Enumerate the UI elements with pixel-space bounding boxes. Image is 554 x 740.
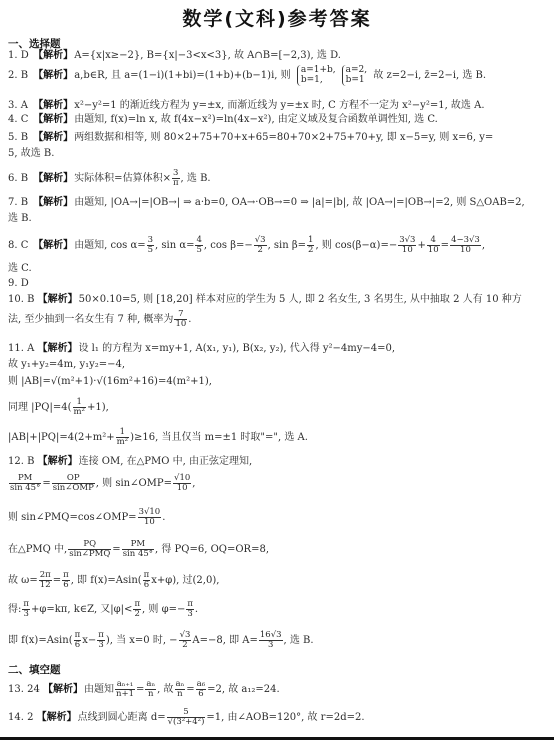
fraction: 3√310 bbox=[398, 236, 416, 255]
item-number: 12. B bbox=[8, 456, 34, 468]
eq-line: b=1 bbox=[346, 75, 368, 85]
answer-item-13: 13. 24 【解析】由题知aₙ₊₁n+1=aₙn, 故aₙn=a₆6=2, 故… bbox=[8, 680, 280, 699]
denominator: 10 bbox=[174, 320, 187, 329]
analysis-tag: 【解析】 bbox=[33, 197, 73, 208]
item-text: 故 ω= bbox=[8, 575, 38, 586]
denominator: 10 bbox=[450, 246, 481, 255]
item-text: . bbox=[162, 512, 165, 523]
fraction: aₙn bbox=[145, 680, 156, 699]
fraction: 1m² bbox=[73, 398, 86, 417]
item-text: , 则 cos(β−α)=− bbox=[315, 240, 397, 251]
answer-item-11-line5: |AB|+|PQ|=4(2+m²+1m²)≥16, 当且仅当 m=±1 时取"=… bbox=[8, 428, 308, 447]
item-text: a,b∈R, 且 a=(1−i)(1+bi)=(1+b)+(b−1)i, 则 bbox=[74, 70, 290, 81]
item-number: 8. C bbox=[8, 240, 30, 252]
item-text: , cos β=− bbox=[204, 240, 253, 251]
denominator: 6 bbox=[196, 690, 206, 699]
answer-key-page: 数学(文科)参考答案 一、选择题 1. D 【解析】A={x|x≥−2}, B=… bbox=[0, 0, 554, 740]
answer-item-10-cont: 法, 至少抽到一名女生有 7 种, 概率为710. bbox=[8, 310, 191, 329]
fraction: π6 bbox=[143, 571, 151, 590]
item-number: 13. 24 bbox=[8, 684, 40, 696]
answer-item-8-cont: 选 C. bbox=[8, 263, 32, 275]
analysis-tag: 【解析】 bbox=[38, 294, 78, 305]
fraction: √1010 bbox=[173, 474, 191, 493]
denominator: 10 bbox=[398, 246, 416, 255]
item-text: , 选 B. bbox=[181, 173, 211, 184]
item-text: +1), bbox=[87, 402, 109, 413]
item-text: 两组数据和相等, 则 80×2+75+70+x+65=80+70×2+75+70… bbox=[74, 132, 493, 143]
item-text: 由题知 bbox=[84, 684, 114, 695]
item-text: x− bbox=[82, 635, 96, 646]
item-text: x+φ), 过(2,0), bbox=[151, 575, 219, 586]
item-text: , 选 B. bbox=[284, 635, 314, 646]
analysis-tag: 【解析】 bbox=[38, 343, 78, 354]
item-number: 2. B bbox=[8, 70, 30, 82]
denominator: 2 bbox=[254, 246, 267, 255]
analysis-tag: 【解析】 bbox=[37, 712, 77, 723]
denominator: sin∠OMP bbox=[52, 484, 95, 493]
fraction: 45 bbox=[195, 236, 202, 255]
fraction: 2π12 bbox=[39, 571, 52, 590]
item-text: |AB|+|PQ|=4(2+m²+ bbox=[8, 432, 115, 443]
fraction: PMsin 45° bbox=[9, 474, 41, 493]
answer-item-12: 12. B 【解析】连接 OM, 在△PMO 中, 由正弦定理知, bbox=[8, 456, 252, 468]
analysis-tag: 【解析】 bbox=[33, 132, 73, 143]
eq-line: b=1, bbox=[301, 75, 336, 85]
item-text: . bbox=[195, 604, 198, 615]
denominator: 5 bbox=[147, 246, 154, 255]
answer-item-6: 6. B 【解析】实际体积=估算体积×3π, 选 B. bbox=[8, 169, 211, 188]
item-text: x²−y²=1 的渐近线方程为 y=±x, 而渐近线为 y=±x 时, C 方程… bbox=[74, 100, 484, 111]
item-text: 故 z=2−i, z̄=2−i, 选 B. bbox=[373, 70, 486, 81]
fraction: π6 bbox=[74, 631, 82, 650]
item-text: 在△PMQ 中, bbox=[8, 544, 67, 555]
answer-item-5: 5. B 【解析】两组数据和相等, 则 80×2+75+70+x+65=80+7… bbox=[8, 132, 493, 144]
item-text: 法, 至少抽到一名女生有 7 种, 概率为 bbox=[8, 314, 173, 325]
analysis-tag: 【解析】 bbox=[33, 240, 73, 251]
fraction: √32 bbox=[254, 236, 267, 255]
denominator: 6 bbox=[74, 641, 82, 650]
item-text: . bbox=[188, 314, 191, 325]
equation-system: a=2,b=1 bbox=[342, 65, 368, 86]
fraction: 710 bbox=[174, 310, 187, 329]
equation-system: a=1+b,b=1, bbox=[297, 65, 336, 86]
analysis-tag: 【解析】 bbox=[33, 114, 73, 125]
fraction: aₙ₊₁n+1 bbox=[115, 680, 135, 699]
fraction: 4−3√310 bbox=[450, 236, 481, 255]
fraction: aₙn bbox=[175, 680, 186, 699]
item-text: ), 当 x=0 时, − bbox=[106, 635, 178, 646]
denominator: 2 bbox=[307, 246, 314, 255]
fraction: 16√33 bbox=[259, 631, 283, 650]
item-text: )≥16, 当且仅当 m=±1 时取"=", 选 A. bbox=[130, 432, 308, 443]
denominator: 3 bbox=[22, 610, 30, 619]
denominator: 3 bbox=[97, 641, 105, 650]
fraction: π3 bbox=[186, 600, 194, 619]
answer-item-4: 4. C 【解析】由题知, f(x)=ln x, 故 f(4x−x²)=ln(4… bbox=[8, 114, 438, 126]
fraction: 410 bbox=[427, 236, 440, 255]
answer-item-7-cont: 选 B. bbox=[8, 213, 32, 225]
item-number: 11. A bbox=[8, 343, 34, 355]
item-text: , bbox=[192, 478, 195, 489]
denominator: sin 45° bbox=[9, 484, 41, 493]
answer-item-12-line4: 在△PMQ 中,PQsin∠PMQ=PMsin 45°, 得 PQ=6, OQ=… bbox=[8, 540, 269, 559]
fraction: 12 bbox=[307, 236, 314, 255]
denominator: m² bbox=[116, 438, 129, 447]
item-text: 连接 OM, 在△PMO 中, 由正弦定理知, bbox=[79, 456, 253, 467]
item-text: 则 sin∠PMQ=cos∠OMP= bbox=[8, 512, 137, 523]
answer-item-11: 11. A 【解析】设 l₁ 的方程为 x=my+1, A(x₁, y₁), B… bbox=[8, 343, 395, 355]
fraction: 3π bbox=[172, 169, 180, 188]
section-heading-choice: 一、选择题 bbox=[8, 36, 61, 51]
item-text: 由题知, |OA→|=|OB→| ⇒ a·b=0, OA→·OB→=0 ⇒ |a… bbox=[74, 197, 525, 208]
analysis-tag: 【解析】 bbox=[38, 456, 78, 467]
denominator: 6 bbox=[143, 581, 151, 590]
item-text: = bbox=[112, 544, 120, 555]
item-text: 实际体积=估算体积× bbox=[74, 173, 171, 184]
item-text: =2, 故 a₁₂=24. bbox=[207, 684, 280, 695]
item-number: 1. D bbox=[8, 50, 30, 62]
item-number: 14. 2 bbox=[8, 712, 33, 724]
denominator: 10 bbox=[427, 246, 440, 255]
analysis-tag: 【解析】 bbox=[43, 684, 83, 695]
fraction: π6 bbox=[62, 571, 70, 590]
fraction: π3 bbox=[22, 600, 30, 619]
fraction: π3 bbox=[97, 631, 105, 650]
answer-item-12-line6: 得:π3+φ=kπ, k∈Z, 又|φ|<π2, 则 φ=−π3. bbox=[8, 600, 198, 619]
denominator: 10 bbox=[138, 518, 162, 527]
item-text: = bbox=[53, 575, 61, 586]
item-text: =1, 由∠AOB=120°, 故 r=2d=2. bbox=[206, 712, 364, 723]
denominator: n bbox=[175, 690, 186, 699]
item-text: A={x|x≥−2}, B={x|−3<x<3}, 故 A∩B=[−2,3), … bbox=[74, 50, 341, 61]
answer-item-3: 3. A 【解析】x²−y²=1 的渐近线方程为 y=±x, 而渐近线为 y=±… bbox=[8, 100, 485, 112]
item-text: , 即 f(x)=Asin( bbox=[71, 575, 142, 586]
item-text: 即 f(x)=Asin( bbox=[8, 635, 73, 646]
denominator: π bbox=[172, 179, 180, 188]
denominator: 3 bbox=[259, 641, 283, 650]
analysis-tag: 【解析】 bbox=[33, 100, 73, 111]
item-number: 3. A bbox=[8, 100, 30, 112]
denominator: 2 bbox=[179, 641, 192, 650]
answer-item-1: 1. D 【解析】A={x|x≥−2}, B={x|−3<x<3}, 故 A∩B… bbox=[8, 50, 341, 62]
denominator: n bbox=[145, 690, 156, 699]
analysis-tag: 【解析】 bbox=[33, 50, 73, 61]
answer-item-14: 14. 2 【解析】点线到圆心距离 d=5√(3²+4²)=1, 由∠AOB=1… bbox=[8, 708, 365, 727]
answer-item-2: 2. B 【解析】a,b∈R, 且 a=(1−i)(1+bi)=(1+b)+(b… bbox=[8, 65, 486, 86]
item-text: = bbox=[186, 684, 194, 695]
denominator: sin∠PMQ bbox=[68, 550, 111, 559]
answer-item-12-line5: 故 ω=2π12=π6, 即 f(x)=Asin(π6x+φ), 过(2,0), bbox=[8, 571, 219, 590]
item-text: A=−8, 即 A= bbox=[192, 635, 257, 646]
answer-item-12-line2: PMsin 45°=OPsin∠OMP, 则 sin∠OMP=√1010, bbox=[8, 474, 195, 493]
fraction: π2 bbox=[133, 600, 141, 619]
fraction: 1m² bbox=[116, 428, 129, 447]
item-number: 9. D bbox=[8, 278, 30, 290]
item-text: , sin β= bbox=[268, 240, 306, 251]
item-text: 由题知, cos α= bbox=[74, 240, 145, 251]
denominator: √(3²+4²) bbox=[167, 718, 206, 727]
denominator: m² bbox=[73, 408, 86, 417]
fraction: PMsin 45° bbox=[122, 540, 154, 559]
answer-item-12-line7: 即 f(x)=Asin(π6x−π3), 当 x=0 时, −√32A=−8, … bbox=[8, 631, 314, 650]
item-number: 6. B bbox=[8, 173, 30, 185]
item-text: 设 l₁ 的方程为 x=my+1, A(x₁, y₁), B(x₂, y₂), … bbox=[79, 343, 396, 354]
answer-item-8: 8. C 【解析】由题知, cos α=35, sin α=45, cos β=… bbox=[8, 236, 485, 255]
answer-item-12-line3: 则 sin∠PMQ=cos∠OMP=3√1010. bbox=[8, 508, 165, 527]
denominator: 10 bbox=[173, 484, 191, 493]
page-title: 数学(文科)参考答案 bbox=[0, 4, 554, 31]
fraction: a₆6 bbox=[196, 680, 206, 699]
answer-item-11-line2: 故 y₁+y₂=4m, y₁y₂=−4, bbox=[8, 359, 125, 371]
item-text: + bbox=[417, 240, 425, 251]
item-text: , 故 bbox=[157, 684, 173, 695]
denominator: 6 bbox=[62, 581, 70, 590]
eq-line: a=1+b, bbox=[301, 65, 336, 75]
item-number: 5. B bbox=[8, 132, 30, 144]
answer-item-5-cont: 5, 故选 B. bbox=[8, 148, 54, 160]
item-text: , bbox=[482, 240, 485, 251]
denominator: 5 bbox=[195, 246, 202, 255]
answer-item-10: 10. B 【解析】50×0.10=5, 则 [18,20] 样本对应的学生为 … bbox=[8, 294, 522, 306]
answer-item-11-line4: 同理 |PQ|=4(1m²+1), bbox=[8, 398, 109, 417]
analysis-tag: 【解析】 bbox=[33, 173, 73, 184]
fraction: PQsin∠PMQ bbox=[68, 540, 111, 559]
item-text: 得: bbox=[8, 604, 21, 615]
denominator: 3 bbox=[186, 610, 194, 619]
item-text: , 得 PQ=6, OQ=OR=8, bbox=[155, 544, 269, 555]
item-text: 50×0.10=5, 则 [18,20] 样本对应的学生为 5 人, 即 2 名… bbox=[79, 294, 522, 305]
item-number: 10. B bbox=[8, 294, 34, 306]
item-text: , 则 sin∠OMP= bbox=[96, 478, 172, 489]
fraction: 5√(3²+4²) bbox=[167, 708, 206, 727]
fraction: √32 bbox=[179, 631, 192, 650]
item-number: 4. C bbox=[8, 114, 30, 126]
item-text: = bbox=[136, 684, 144, 695]
item-text: , 则 φ=− bbox=[142, 604, 185, 615]
analysis-tag: 【解析】 bbox=[33, 70, 73, 81]
fraction: OPsin∠OMP bbox=[52, 474, 95, 493]
denominator: 2 bbox=[133, 610, 141, 619]
section-heading-fill: 二、填空题 bbox=[8, 662, 61, 677]
denominator: sin 45° bbox=[122, 550, 154, 559]
item-text: , sin α= bbox=[155, 240, 194, 251]
item-text: 同理 |PQ|=4( bbox=[8, 402, 72, 413]
item-number: 7. B bbox=[8, 197, 30, 209]
item-text: 由题知, f(x)=ln x, 故 f(4x−x²)=ln(4x−x²), 由定… bbox=[74, 114, 438, 125]
answer-item-11-line3: 则 |AB|=√(m²+1)·√(16m²+16)=4(m²+1), bbox=[8, 376, 212, 388]
item-text: = bbox=[441, 240, 449, 251]
answer-item-9: 9. D bbox=[8, 278, 30, 290]
answer-item-7: 7. B 【解析】由题知, |OA→|=|OB→| ⇒ a·b=0, OA→·O… bbox=[8, 197, 525, 209]
item-text: +φ=kπ, k∈Z, 又|φ|< bbox=[31, 604, 132, 615]
eq-line: a=2, bbox=[346, 65, 368, 75]
fraction: 3√1010 bbox=[138, 508, 162, 527]
item-text: = bbox=[42, 478, 50, 489]
denominator: n+1 bbox=[115, 690, 135, 699]
fraction: 35 bbox=[147, 236, 154, 255]
denominator: 12 bbox=[39, 581, 52, 590]
item-text: 点线到圆心距离 d= bbox=[78, 712, 166, 723]
